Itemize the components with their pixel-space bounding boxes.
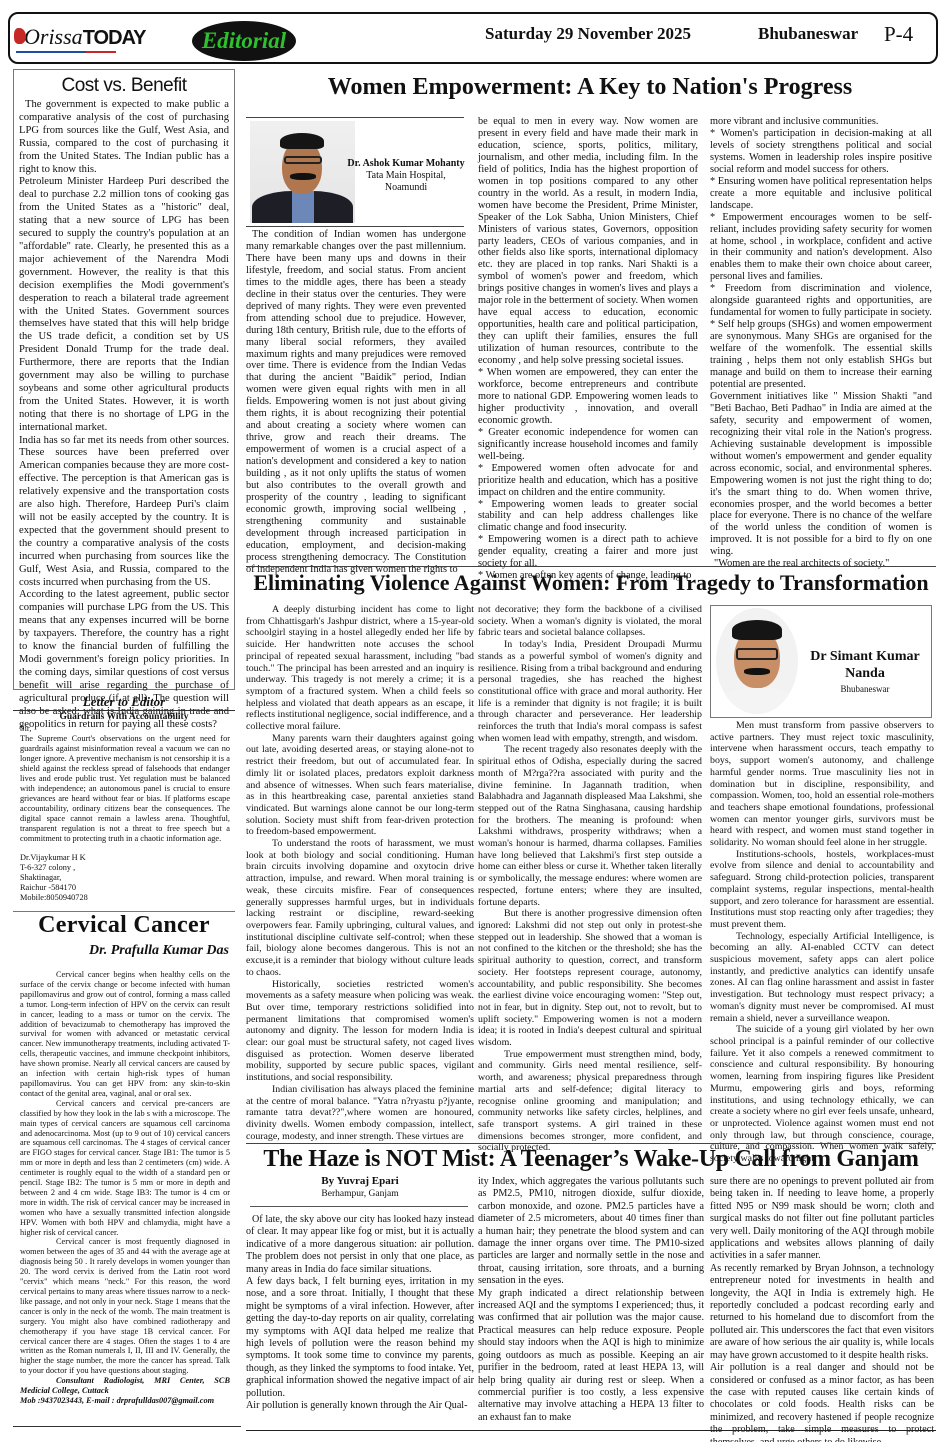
letter-body: Sir, The Supreme Court's observations on… (20, 724, 230, 903)
empowerment-col1: The condition of Indian women has underg… (246, 229, 466, 576)
orissa-today-logo: OrissaTODAY (14, 24, 144, 54)
cervical-body: Cervical cancer begins when healthy cell… (20, 970, 230, 1406)
issue-city: Bhubaneswar (758, 24, 858, 44)
section-badge: Editorial (192, 21, 296, 61)
letter-title: Guardrails With Accountability (13, 712, 235, 722)
author-photo-mohanty (250, 121, 355, 223)
empowerment-col3: more vibrant and inclusive communities. … (710, 116, 932, 570)
empowerment-col2: be equal to men in every way. Now women … (478, 116, 698, 582)
violence-col2: not decorative; they form the backbone o… (478, 604, 702, 1154)
haze-col2: ity Index, which aggregates the various … (478, 1176, 704, 1424)
issue-date: Saturday 29 November 2025 (485, 24, 691, 44)
author-photo-nanda (716, 608, 798, 714)
author-block-mohanty: Dr. Ashok Kumar Mohanty Tata Main Hospit… (346, 158, 466, 194)
cost-benefit-title: Cost vs. Benefit (13, 75, 235, 97)
violence-col3: Men must transform from passive observer… (710, 720, 934, 1165)
violence-col1: A deeply disturbing incident has come to… (246, 604, 474, 1142)
author-block-epari: By Yuvraj Epari Berhampur, Ganjam (246, 1175, 474, 1199)
haze-col3: sure there are no openings to prevent po… (710, 1176, 934, 1442)
haze-title: The Haze is NOT Mist: A Teenager’s Wake-… (246, 1146, 936, 1173)
cervical-author: Dr. Prafulla Kumar Das (13, 943, 229, 959)
author-block-nanda: Dr Simant Kumar Nanda Bhubaneswar (800, 648, 930, 694)
empowerment-title: Women Empowerment: A Key to Nation's Pro… (245, 74, 935, 101)
page-number: P-4 (884, 22, 913, 47)
haze-col1: Of late, the sky above our city has look… (246, 1214, 474, 1413)
cost-benefit-body: The government is expected to make publi… (19, 99, 229, 731)
violence-title: Eliminating Violence Against Women: From… (246, 570, 936, 596)
letter-section-title: Letter to Editor (13, 694, 235, 710)
odisha-map-icon (14, 28, 26, 44)
cervical-title: Cervical Cancer (13, 912, 235, 939)
